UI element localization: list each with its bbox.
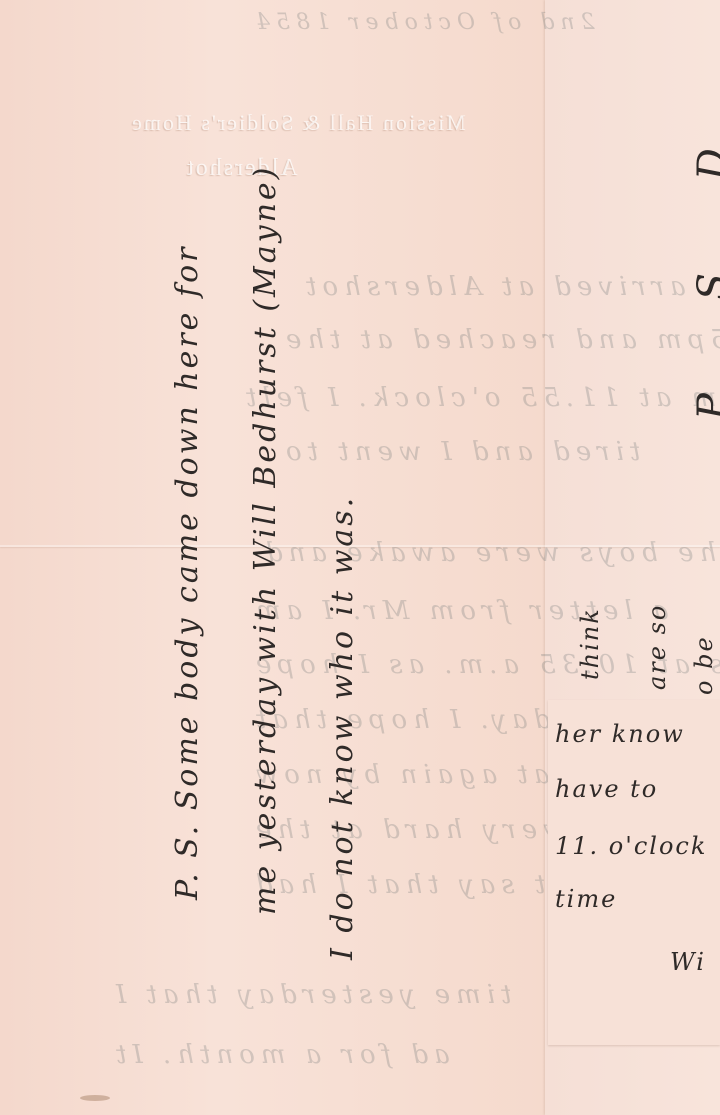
postscript-line-1: P. S. Some body came down here for xyxy=(170,245,205,900)
fragment-line-time: time xyxy=(555,885,617,913)
bleed-text-line: a letter from Mr. I am xyxy=(250,596,668,626)
fragment-vertical-are-so: are so xyxy=(643,604,671,690)
postscript-line-3: I do not know who it was. xyxy=(325,495,360,960)
ink-smudge xyxy=(80,1095,110,1101)
fragment-line-her-know: her know xyxy=(555,720,685,748)
bleed-text-line: ad for a month. It xyxy=(110,1040,450,1070)
fragment-vertical-o-be: o be xyxy=(690,635,718,695)
fragment-line-signoff: Wi xyxy=(670,948,706,976)
letterhead-embossed-title: Mission Hall & Soldier's Home xyxy=(130,110,466,136)
bleed-text-line: time yesterday that I xyxy=(110,980,512,1010)
fragment-line-have-to: have to xyxy=(555,775,658,803)
fragment-vertical-think: think xyxy=(576,607,604,680)
fragment-vertical-large-letters: P S D xyxy=(690,108,720,420)
bleed-text-line: room at 11.55 o'clock. I felt xyxy=(240,383,720,413)
bleed-text-line: arrived at Aldershot xyxy=(300,272,686,302)
fragment-line-oclock: 11. o'clock xyxy=(555,832,707,860)
letter-overlay-fragment xyxy=(548,700,720,1045)
bleed-text-line: tired and I went to xyxy=(280,437,640,467)
postscript-line-2: me yesterday with Will Bedhurst (Mayne) xyxy=(248,165,283,915)
bleed-text-line: 2nd of October 1854 xyxy=(250,10,595,35)
bleed-text-line: 11.15pm and reached at the xyxy=(280,325,720,355)
